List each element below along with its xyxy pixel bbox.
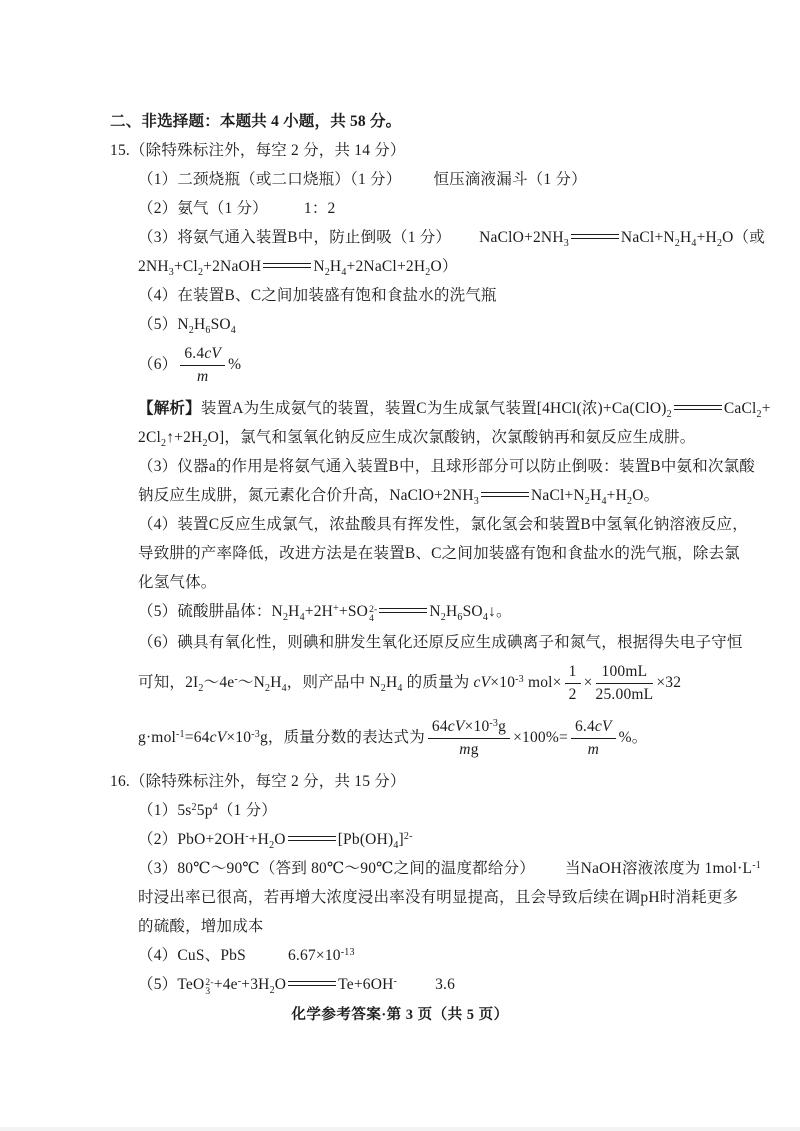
fraction-denominator: m <box>571 739 616 760</box>
subscript: 4 <box>369 615 377 624</box>
text-line: （4）在装置B、C之间加装盛有饱和食盐水的洗气瓶 <box>110 286 710 306</box>
text-line: （3）将氨气通入装置B中，防止倒吸（1 分）NaClO+2NH3NaCl+N2H… <box>110 228 710 248</box>
reaction-equals-sign <box>288 981 336 986</box>
text-line: 化氢气体。 <box>110 573 710 593</box>
superscript: -3 <box>251 729 260 740</box>
text-token: SO <box>463 603 483 620</box>
text-token: H <box>270 674 281 691</box>
text-line: （1）5s25p4（1 分） <box>110 801 710 821</box>
text-token: （1 分） <box>218 802 277 819</box>
text-token: 当NaOH溶液浓度为 1mol·L <box>565 860 752 877</box>
text-token: 二、非选择题：本题共 4 小题，共 58 分。 <box>110 113 401 130</box>
text-line: 二、非选择题：本题共 4 小题，共 58 分。 <box>110 112 710 132</box>
subscript: 3 <box>564 238 569 249</box>
text-line: （2）PbO+2OH-+H2O[Pb(OH)4]2- <box>110 830 710 850</box>
text-token: +2NaOH <box>203 258 261 275</box>
text-token: H <box>330 258 341 275</box>
text-token: × <box>584 674 593 691</box>
reaction-equals-sign <box>263 263 311 268</box>
text-token: （4）装置C反应生成氯气，浓盐酸具有挥发性，氯化氢会和装置B中氢氧化钠溶液反应， <box>138 516 748 533</box>
bold-label: 【解析】 <box>138 400 201 417</box>
fraction: 12 <box>565 662 581 705</box>
text-line: 导致肼的产率降低，改进方法是在装置B、C之间加装盛有饱和食盐水的洗气瓶，除去氯 <box>110 544 710 564</box>
text-token: + <box>762 400 771 417</box>
text-token: （6） <box>138 356 177 373</box>
text-token: 15.（除特殊标注外，每空 2 分，共 14 分） <box>110 142 406 159</box>
text-token: （3）将氨气通入装置B中，防止倒吸（1 分） <box>138 229 451 246</box>
text-token: g <box>498 718 506 735</box>
text-line: 2NH3+Cl2+2NaOHN2H4+2NaCl+2H2O） <box>110 257 710 277</box>
text-token: （2）氨气（1 分） <box>138 200 268 217</box>
text-token: 3.6 <box>435 976 455 993</box>
text-token: （5）硫酸肼晶体：N <box>138 603 283 620</box>
text-token: H <box>680 229 691 246</box>
text-line: （5）N2H6SO4 <box>110 315 710 335</box>
fraction-numerator: 6.4cV <box>180 344 225 366</box>
subscript: 2 <box>667 409 672 420</box>
subscript: 4 <box>231 325 236 336</box>
text-token: NaClO+2NH <box>479 229 564 246</box>
text-line: 【解析】装置A为生成氨气的装置，装置C为生成氯气装置[4HCl(浓)+Ca(Cl… <box>110 399 710 419</box>
fraction-denominator: m <box>180 366 225 387</box>
answer-sheet-page: 二、非选择题：本题共 4 小题，共 58 分。15.（除特殊标注外，每空 2 分… <box>0 0 800 1131</box>
fraction-denominator: mg <box>428 739 510 760</box>
text-token: O]，氯气和氢氧化钠反应生成次氯酸钠，次氯酸钠再和氨反应生成肼。 <box>208 429 696 446</box>
superscript: -13 <box>341 947 355 958</box>
text-line: （5）TeO2-3+4e-+3H2OTe+6OH-3.6 <box>110 975 710 997</box>
italic-variable: cV <box>595 718 612 735</box>
text-line: （1）二颈烧瓶（或二口烧瓶）（1 分）恒压滴液漏斗（1 分） <box>110 170 710 190</box>
fraction-numerator: 100mL <box>596 662 654 684</box>
text-token: H <box>590 487 601 504</box>
text-line: 可知，2I2～4e-～N2H4，则产品中 N2H4 的质量为 cV×10-3 m… <box>110 662 710 705</box>
text-token: 导致肼的产率降低，改进方法是在装置B、C之间加装盛有饱和食盐水的洗气瓶，除去氯 <box>138 545 740 562</box>
text-token: O。 <box>632 487 659 504</box>
text-token: 2 <box>569 686 577 703</box>
text-token: 2NH <box>138 258 169 275</box>
fraction: 64cV×10-3gmg <box>428 717 510 760</box>
text-line: 的硫酸，增加成本 <box>110 917 710 937</box>
reaction-equals-sign <box>288 836 336 841</box>
text-token: ×100%= <box>513 729 568 746</box>
text-token: NaCl+N <box>531 487 585 504</box>
text-token: 1：2 <box>304 200 336 217</box>
text-token: （5）N <box>138 316 189 333</box>
subscript: 3 <box>474 496 479 507</box>
text-token: 钠反应生成肼，氮元素化合价升高，NaClO+2NH <box>138 487 474 504</box>
fraction: 6.4cVm <box>571 717 616 760</box>
text-line: （6）6.4cVm% <box>110 344 710 387</box>
text-token: +H <box>607 487 627 504</box>
superscript: -3 <box>515 674 524 685</box>
fraction: 100mL25.00mL <box>596 662 654 705</box>
text-token: 2Cl <box>138 429 161 446</box>
superscript: - <box>394 976 398 987</box>
text-line: 15.（除特殊标注外，每空 2 分，共 14 分） <box>110 141 710 161</box>
text-token: +Cl <box>174 258 198 275</box>
fraction-denominator: 25.00mL <box>596 684 654 705</box>
text-token: H <box>194 316 205 333</box>
text-token: NaCl+N <box>621 229 675 246</box>
text-token: ，则产品中 N <box>287 674 381 691</box>
text-token: （4）CuS、PbS <box>138 947 246 964</box>
fraction: 6.4cVm <box>180 344 225 387</box>
text-token: +3H <box>241 976 269 993</box>
reaction-equals-sign <box>481 492 529 497</box>
text-token: 64 <box>432 718 448 735</box>
text-token: 1 <box>569 663 577 680</box>
superscript: 2- <box>404 831 413 842</box>
text-token: O <box>275 976 286 993</box>
fraction-numerator: 6.4cV <box>571 717 616 739</box>
text-token: ×32 <box>656 674 681 691</box>
text-token: Te+6OH <box>338 976 393 993</box>
text-line: 时浸出率已很高，若再增大浓度浸出率没有明显提高，且会导致后续在调pH时消耗更多 <box>110 888 710 908</box>
text-token: 6.4 <box>575 718 595 735</box>
text-token: 100mL <box>602 663 648 680</box>
text-token: ～4e <box>204 674 235 691</box>
superscript: -1 <box>752 860 761 871</box>
text-token: 5p <box>197 802 213 819</box>
text-token: O） <box>430 258 457 275</box>
text-token: （2）PbO+2OH <box>138 831 245 848</box>
page-footer: 化学参考答案·第 3 页（共 5 页） <box>0 1003 800 1024</box>
text-line: （3）仪器a的作用是将氨气通入装置B中，且球形部分可以防止倒吸：装置B中氨和次氯… <box>110 457 710 477</box>
text-line: 16.（除特殊标注外，每空 2 分，共 15 分） <box>110 772 710 792</box>
text-line: （2）氨气（1 分）1：2 <box>110 199 710 219</box>
superscript: -3 <box>489 718 498 729</box>
reaction-equals-sign <box>674 405 722 410</box>
text-token: （1）5s <box>138 802 192 819</box>
text-token: （1）二颈烧瓶（或二口烧瓶）（1 分） <box>138 171 401 188</box>
text-token: H <box>288 603 299 620</box>
stacked-charge-subscript: 2-3 <box>205 979 213 997</box>
text-token: 的质量为 <box>403 674 474 691</box>
subscript: 3 <box>205 988 213 997</box>
text-token: 25.00mL <box>596 686 654 703</box>
text-token: ×10 <box>465 718 490 735</box>
fraction-numerator: 1 <box>565 662 581 684</box>
text-token: +2NaCl+2H <box>347 258 426 275</box>
text-token: 化氢气体。 <box>138 574 217 591</box>
text-token: mol× <box>524 674 562 691</box>
text-token: +4e <box>214 976 238 993</box>
text-token: ×10 <box>490 674 515 691</box>
scan-edge <box>0 1127 800 1131</box>
fraction-denominator: 2 <box>565 684 581 705</box>
text-token: 的硫酸，增加成本 <box>138 918 264 935</box>
text-token: ↑+2H <box>166 429 202 446</box>
italic-variable: m <box>459 741 470 758</box>
text-token: （6）碘具有氧化性，则碘和肼发生氧化还原反应生成碘离子和氮气，根据得失电子守恒 <box>138 634 743 651</box>
text-token: O <box>274 831 285 848</box>
text-token: +H <box>697 229 717 246</box>
text-token: 6.4 <box>184 345 204 362</box>
text-token: N <box>313 258 324 275</box>
text-token: =64 <box>185 729 210 746</box>
italic-variable: m <box>588 741 599 758</box>
italic-variable: cV <box>210 729 227 746</box>
text-token: SO <box>211 316 231 333</box>
text-token: g·mol <box>138 729 176 746</box>
stacked-charge-subscript: 2-4 <box>369 606 377 624</box>
italic-variable: cV <box>204 345 221 362</box>
text-token: +H <box>249 831 269 848</box>
text-token: g <box>471 741 479 758</box>
document-body: 二、非选择题：本题共 4 小题，共 58 分。15.（除特殊标注外，每空 2 分… <box>110 112 710 1006</box>
text-token: 16.（除特殊标注外，每空 2 分，共 15 分） <box>110 773 406 790</box>
text-token: （5）TeO <box>138 976 204 993</box>
text-line: （6）碘具有氧化性，则碘和肼发生氧化还原反应生成碘离子和氮气，根据得失电子守恒 <box>110 633 710 653</box>
text-token: g，质量分数的表达式为 <box>260 729 425 746</box>
italic-variable: cV <box>474 674 491 691</box>
text-token: +2H <box>305 603 333 620</box>
text-token: 可知，2I <box>138 674 198 691</box>
text-token: H <box>446 603 457 620</box>
text-token: %。 <box>619 729 648 746</box>
text-token: 装置A为生成氨气的装置，装置C为生成氯气装置[4HCl(浓)+Ca(ClO) <box>201 400 667 417</box>
text-token: ×10 <box>226 729 251 746</box>
text-token: N <box>429 603 440 620</box>
text-token: ～N <box>238 674 265 691</box>
text-line: （4）CuS、PbS6.67×10-13 <box>110 946 710 966</box>
text-line: 2Cl2↑+2H2O]，氯气和氢氧化钠反应生成次氯酸钠，次氯酸钠再和氨反应生成肼… <box>110 428 710 448</box>
fraction-numerator: 64cV×10-3g <box>428 717 510 739</box>
text-line: （3）80℃～90℃（答到 80℃～90℃之间的温度都给分）当NaOH溶液浓度为… <box>110 859 710 879</box>
text-line: （4）装置C反应生成氯气，浓盐酸具有挥发性，氯化氢会和装置B中氢氧化钠溶液反应， <box>110 515 710 535</box>
text-token: 6.67×10 <box>288 947 341 964</box>
text-token: [Pb(OH) <box>338 831 394 848</box>
italic-variable: cV <box>448 718 465 735</box>
text-line: （5）硫酸肼晶体：N2H4+2H++SO2-4N2H6SO4↓。 <box>110 602 710 624</box>
superscript: -1 <box>176 729 185 740</box>
text-token: （3）80℃～90℃（答到 80℃～90℃之间的温度都给分） <box>138 860 535 877</box>
text-token: +SO <box>339 603 368 620</box>
text-line: 钠反应生成肼，氮元素化合价升高，NaClO+2NH3NaCl+N2H4+H2O。 <box>110 486 710 506</box>
reaction-equals-sign <box>379 608 427 613</box>
text-token: H <box>386 674 397 691</box>
text-token: （4）在装置B、C之间加装盛有饱和食盐水的洗气瓶 <box>138 287 497 304</box>
reaction-equals-sign <box>571 234 619 239</box>
text-token: O（或 <box>722 229 765 246</box>
text-token: ↓。 <box>488 603 512 620</box>
text-token: % <box>228 356 241 373</box>
text-token: CaCl <box>724 400 757 417</box>
text-token: 时浸出率已很高，若再增大浓度浸出率没有明显提高，且会导致后续在调pH时消耗更多 <box>138 889 738 906</box>
text-token: （3）仪器a的作用是将氨气通入装置B中，且球形部分可以防止倒吸：装置B中氨和次氯… <box>138 458 755 475</box>
text-token: 恒压滴液漏斗（1 分） <box>433 171 586 188</box>
text-line: g·mol-1=64cV×10-3g，质量分数的表达式为64cV×10-3gmg… <box>110 717 710 760</box>
italic-variable: m <box>197 368 208 385</box>
